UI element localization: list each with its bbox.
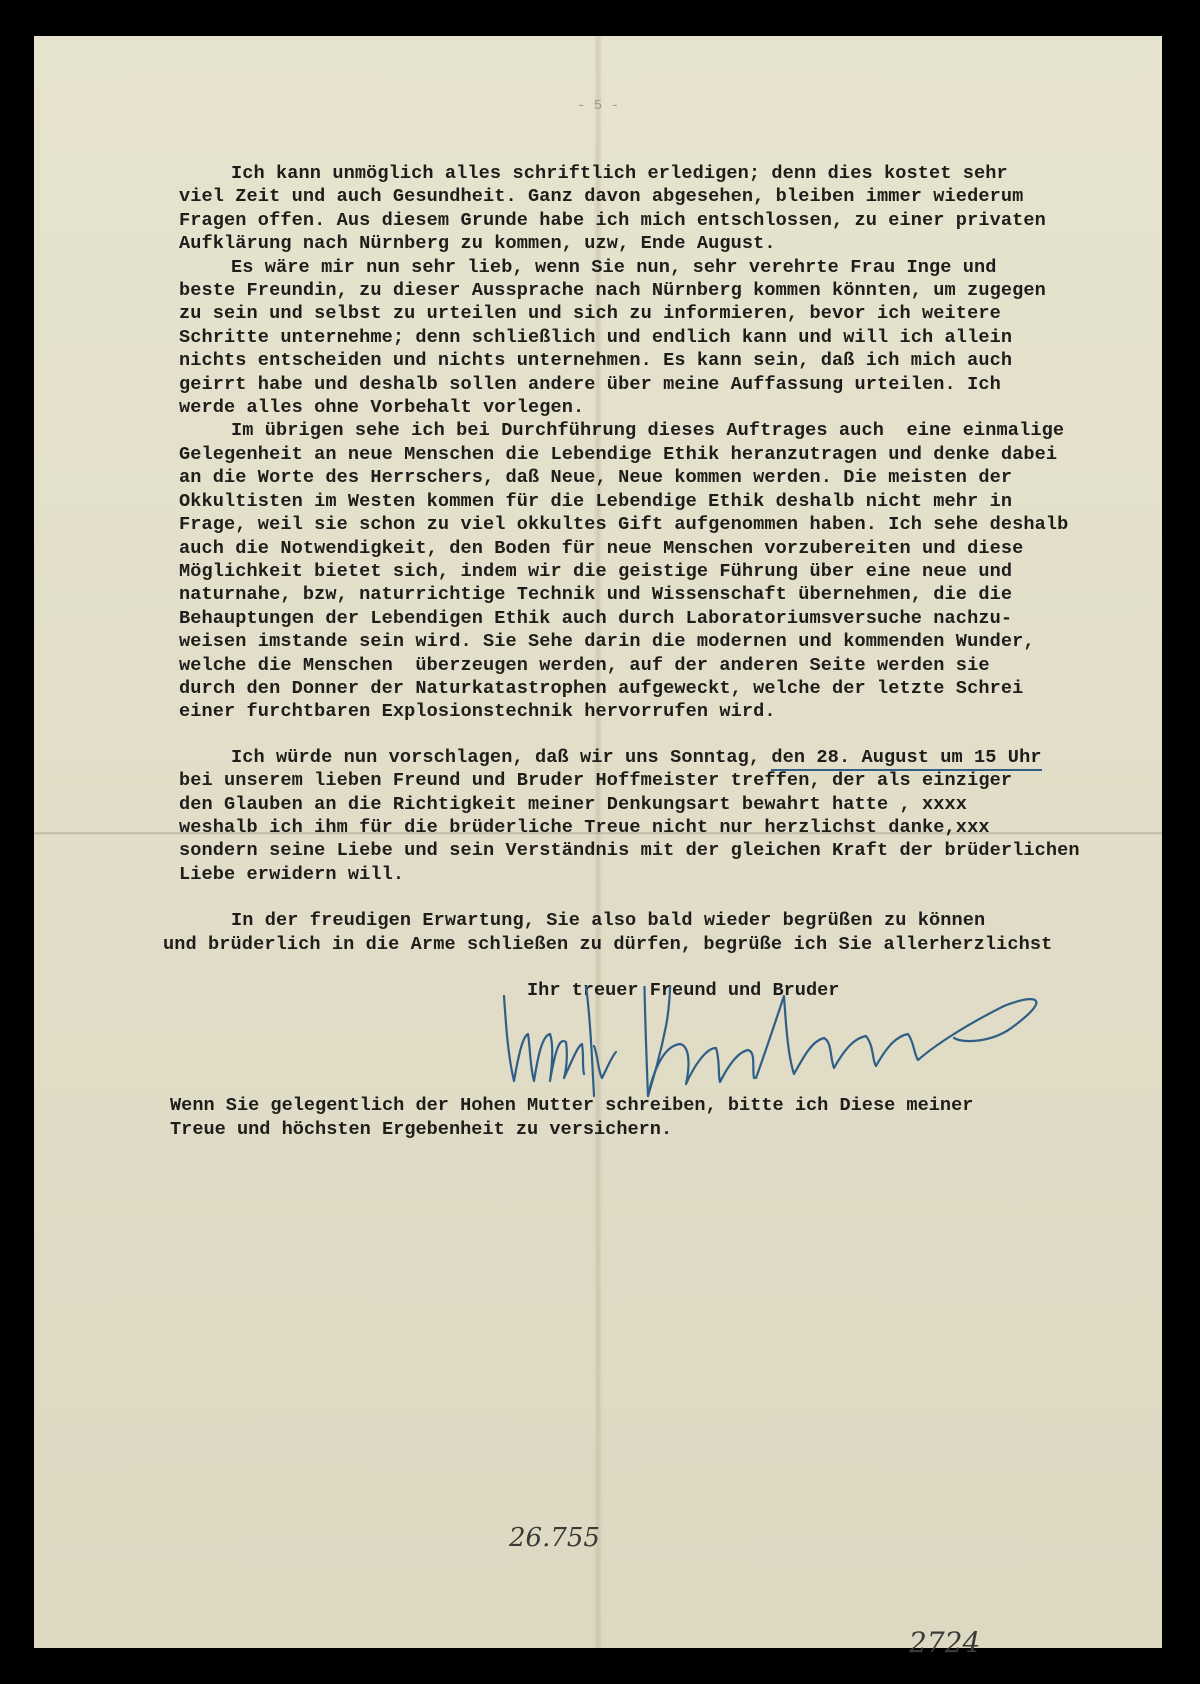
text-line: Aufklärung nach Nürnberg zu kommen, uzw,… <box>179 232 1159 255</box>
letter-body: Ich kann unmöglich alles schriftlich erl… <box>179 162 1159 956</box>
text-line: Im übrigen sehe ich bei Durchführung die… <box>179 419 1159 442</box>
paragraph-5: In der freudigen Erwartung, Sie also bal… <box>179 909 1159 956</box>
text-line: bei unserem lieben Freund und Bruder Hof… <box>179 769 1159 792</box>
paragraph-4: Ich würde nun vorschlagen, daß wir uns S… <box>179 746 1159 886</box>
text-line: sondern seine Liebe und sein Verständnis… <box>179 839 1159 862</box>
text-line: weisen imstande sein wird. Sie Sehe dari… <box>179 630 1159 653</box>
text-line: zu sein und selbst zu urteilen und sich … <box>179 302 1159 325</box>
text-line: auch die Notwendigkeit, den Boden für ne… <box>179 537 1159 560</box>
text-line: Fragen offen. Aus diesem Grunde habe ich… <box>179 209 1159 232</box>
text-line: weshalb ich ihm für die brüderliche Treu… <box>179 816 1159 839</box>
text-line: den Glauben an die Richtigkeit meiner De… <box>179 793 1159 816</box>
spacer <box>179 886 1159 909</box>
text-line: In der freudigen Erwartung, Sie also bal… <box>179 909 1159 932</box>
text-line: an die Worte des Herrschers, daß Neue, N… <box>179 466 1159 489</box>
spacer <box>179 724 1159 746</box>
paragraph-2: Es wäre mir nun sehr lieb, wenn Sie nun,… <box>179 256 1159 420</box>
text-line: Es wäre mir nun sehr lieb, wenn Sie nun,… <box>179 256 1159 279</box>
text-line: geirrt habe und deshalb sollen andere üb… <box>179 373 1159 396</box>
text-line: Behauptungen der Lebendigen Ethik auch d… <box>179 607 1159 630</box>
postscript: Wenn Sie gelegentlich der Hohen Mutter s… <box>170 1094 973 1142</box>
text-line: beste Freundin, zu dieser Aussprache nac… <box>179 279 1159 302</box>
text-line: Schritte unternehme; denn schließlich un… <box>179 326 1159 349</box>
text-line: Okkultisten im Westen kommen für die Leb… <box>179 490 1159 513</box>
text-line: Ich würde nun vorschlagen, daß wir uns S… <box>179 746 1159 769</box>
text-line: Wenn Sie gelegentlich der Hohen Mutter s… <box>170 1094 973 1118</box>
text-line: Liebe erwidern will. <box>179 863 1159 886</box>
text-line: nichts entscheiden und nichts unternehme… <box>179 349 1159 372</box>
text-line: und brüderlich in die Arme schließen zu … <box>163 933 1159 956</box>
text-line: werde alles ohne Vorbehalt vorlegen. <box>179 396 1159 419</box>
text-line: naturnahe, bzw, naturrichtige Technik un… <box>179 583 1159 606</box>
text-segment: Ich würde nun vorschlagen, daß wir uns S… <box>231 747 771 768</box>
handwritten-signature <box>494 986 1154 1106</box>
archive-number: 26.755 <box>509 1523 600 1553</box>
text-line: Frage, weil sie schon zu viel okkultes G… <box>179 513 1159 536</box>
paragraph-1: Ich kann unmöglich alles schriftlich erl… <box>179 162 1159 256</box>
text-line: durch den Donner der Naturkatastrophen a… <box>179 677 1159 700</box>
text-line: Möglichkeit bietet sich, indem wir die g… <box>179 560 1159 583</box>
paragraph-3: Im übrigen sehe ich bei Durchführung die… <box>179 419 1159 723</box>
text-line: einer furchtbaren Explosionstechnik herv… <box>179 700 1159 723</box>
page-marker-number: 2724 <box>909 1626 980 1659</box>
text-line: welche die Menschen überzeugen werden, a… <box>179 654 1159 677</box>
text-line: Treue und höchsten Ergebenheit zu versic… <box>170 1118 973 1142</box>
text-line: viel Zeit und auch Gesundheit. Ganz davo… <box>179 185 1159 208</box>
text-line: Gelegenheit an neue Menschen die Lebendi… <box>179 443 1159 466</box>
letter-page: - 5 - Ich kann unmöglich alles schriftli… <box>34 36 1162 1648</box>
text-line: Ich kann unmöglich alles schriftlich erl… <box>179 162 1159 185</box>
meeting-date-underlined: den 28. August um 15 Uhr <box>771 747 1041 771</box>
page-number: - 5 - <box>34 98 1162 114</box>
